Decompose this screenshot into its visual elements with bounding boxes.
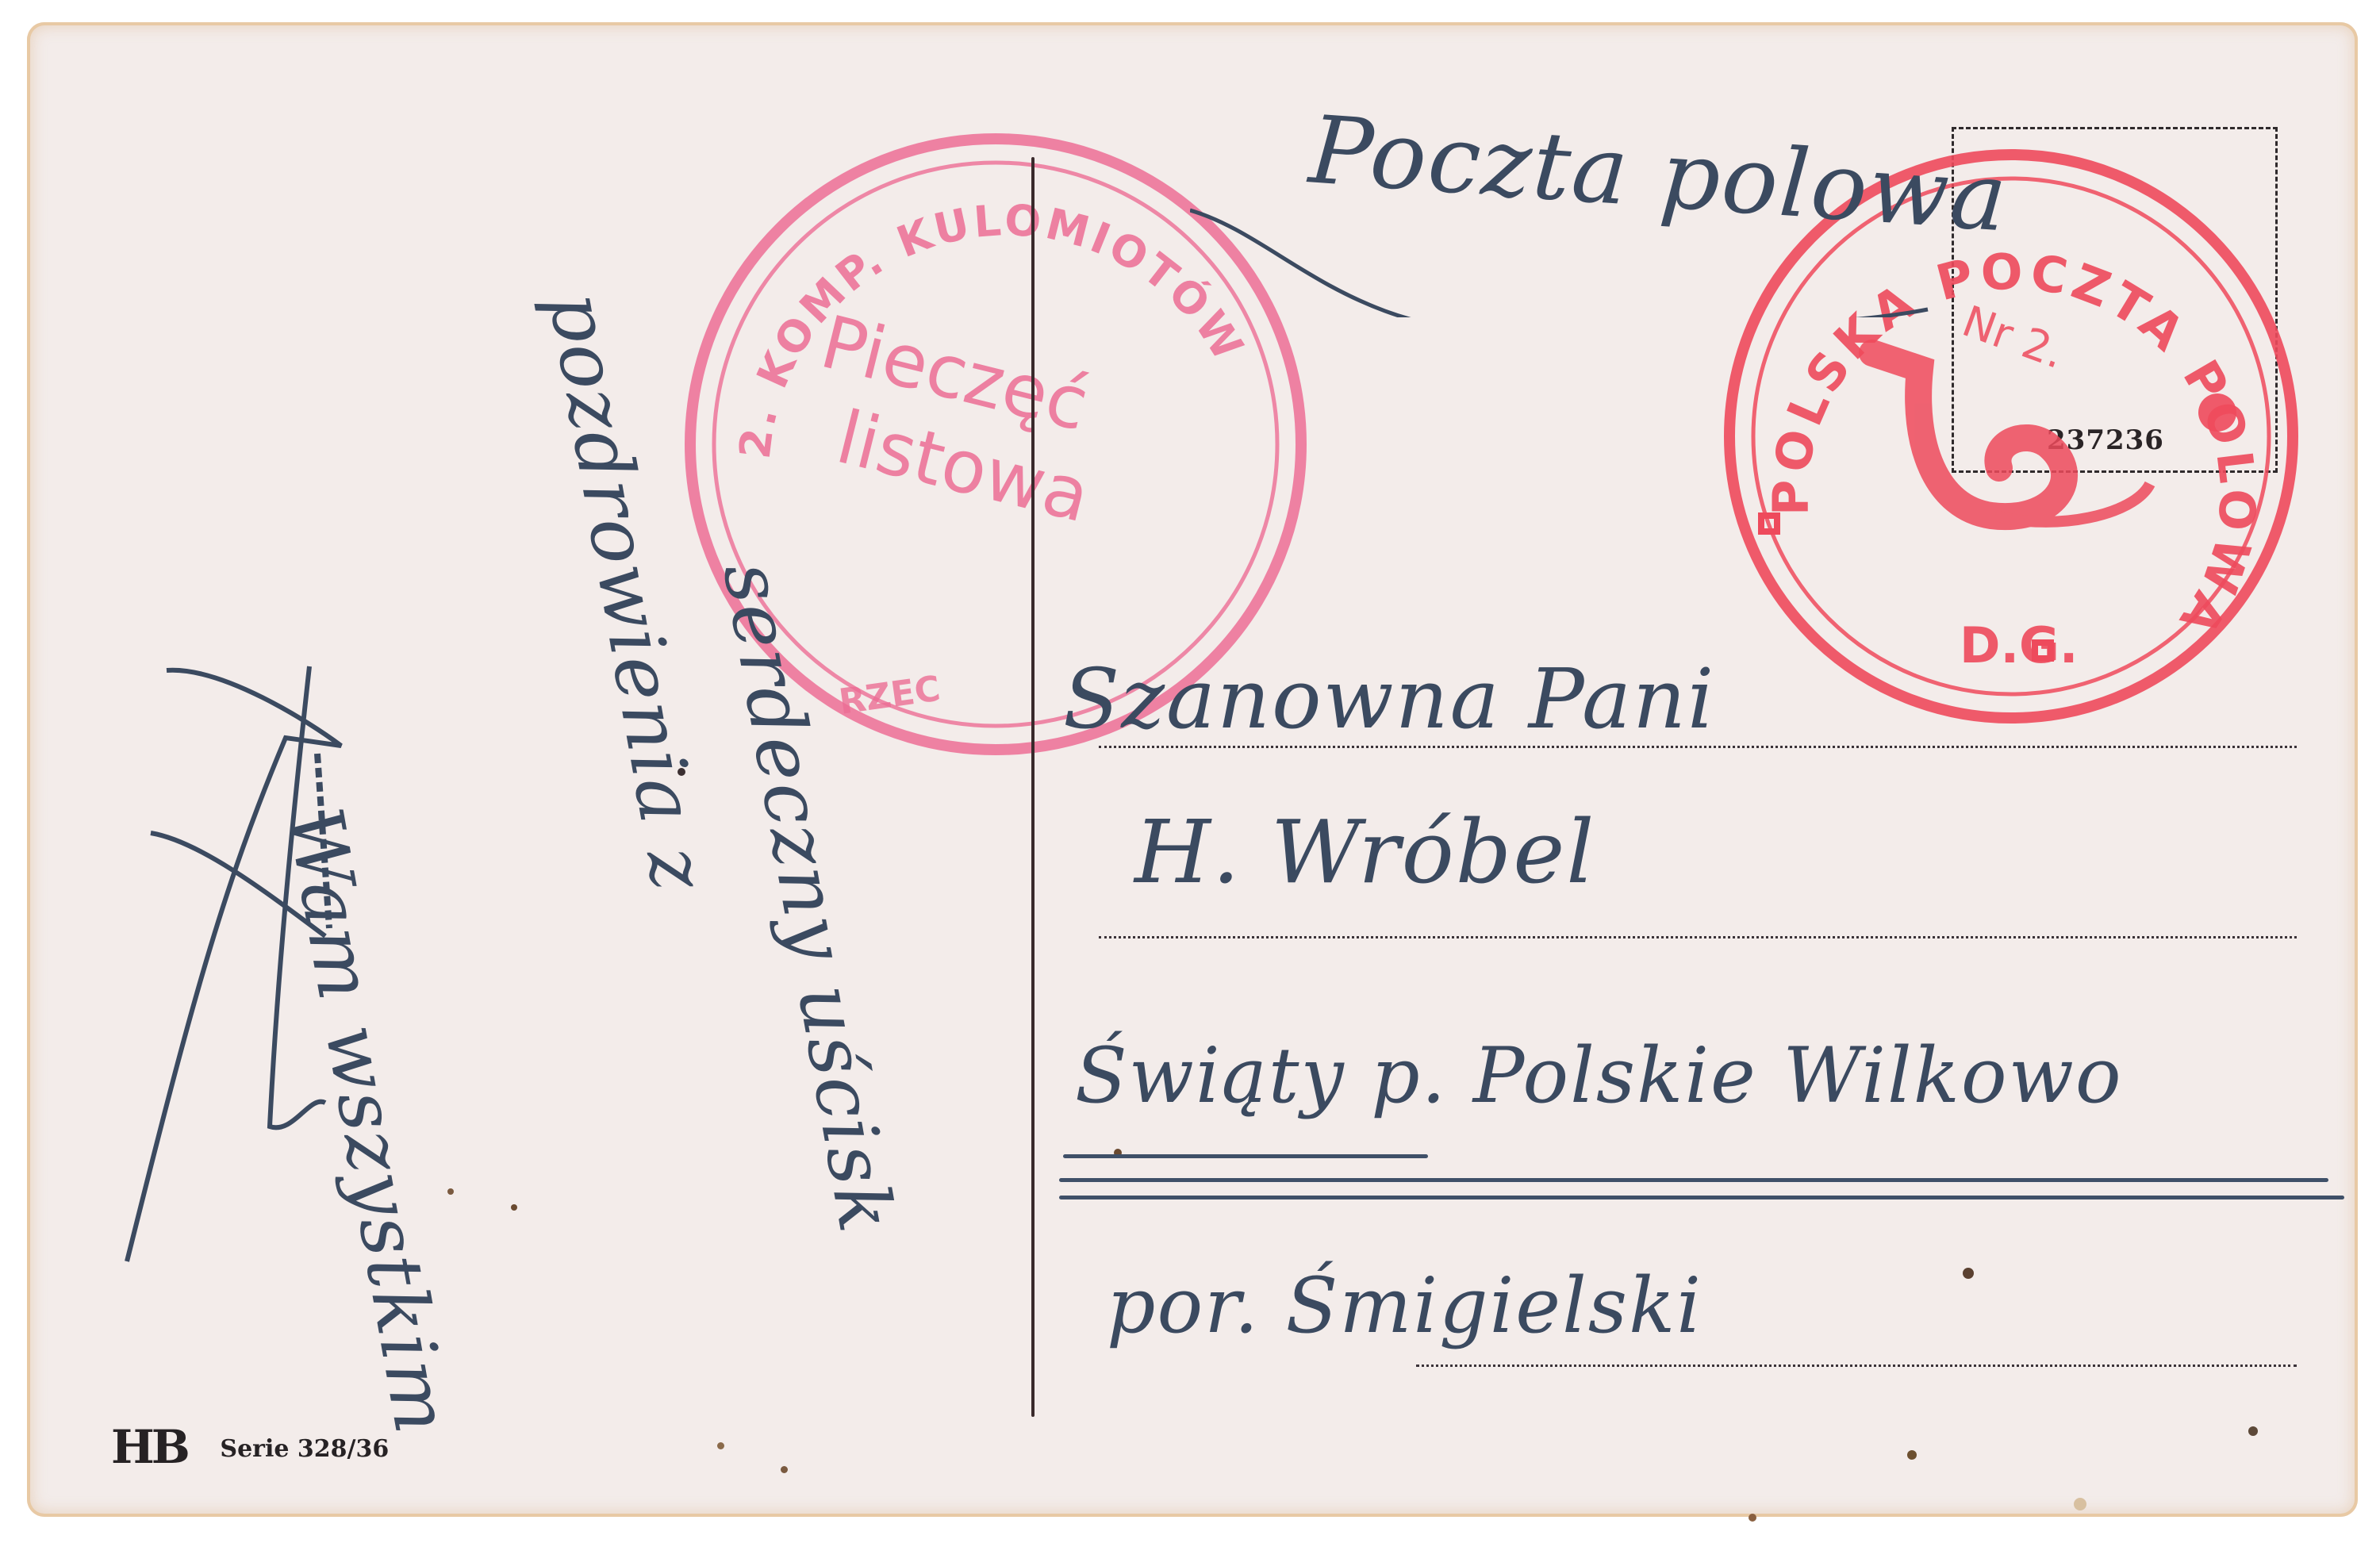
- field-post-bottom-text: D.G.: [1960, 616, 2078, 674]
- address-line-1: [1099, 746, 2297, 748]
- unit-stamp-bottom-text: RZEC: [836, 669, 942, 723]
- field-post-number: Nr 2.: [1956, 296, 2071, 378]
- stain-speck: [781, 1466, 788, 1473]
- stain-speck: [2248, 1426, 2258, 1436]
- stain-speck: [1963, 1268, 1974, 1279]
- locality-underline: [1059, 1196, 2344, 1199]
- address-line-2: [1099, 936, 2297, 938]
- address-recipient: H. Wróbel: [1134, 801, 1595, 903]
- signature: [103, 651, 373, 1269]
- address-salutation: Szanowna Pani: [1063, 651, 1715, 747]
- stain-speck: [511, 1204, 517, 1211]
- post-horn-icon: [1872, 353, 2150, 522]
- address-line-4: [1416, 1365, 2297, 1367]
- publisher-imprint: HB Serie 328/36: [111, 1420, 389, 1474]
- stain-speck: [447, 1188, 454, 1195]
- publisher-logo: HB: [111, 1420, 187, 1474]
- stain-speck: [1907, 1450, 1917, 1460]
- publisher-serie: Serie 328/36: [220, 1435, 389, 1463]
- stain-speck: [717, 1442, 724, 1449]
- address-locality: Świąty p. Polskie Wilkowo: [1075, 1031, 2123, 1120]
- sender-name: por. Śmigielski: [1107, 1261, 1702, 1350]
- locality-underline: [1059, 1178, 2328, 1182]
- stain-speck: [2074, 1498, 2086, 1510]
- locality-underline: [1063, 1154, 1428, 1158]
- title-flourish: [1190, 190, 1944, 317]
- center-divider: [1031, 157, 1035, 1417]
- stain-speck: [1749, 1514, 1756, 1522]
